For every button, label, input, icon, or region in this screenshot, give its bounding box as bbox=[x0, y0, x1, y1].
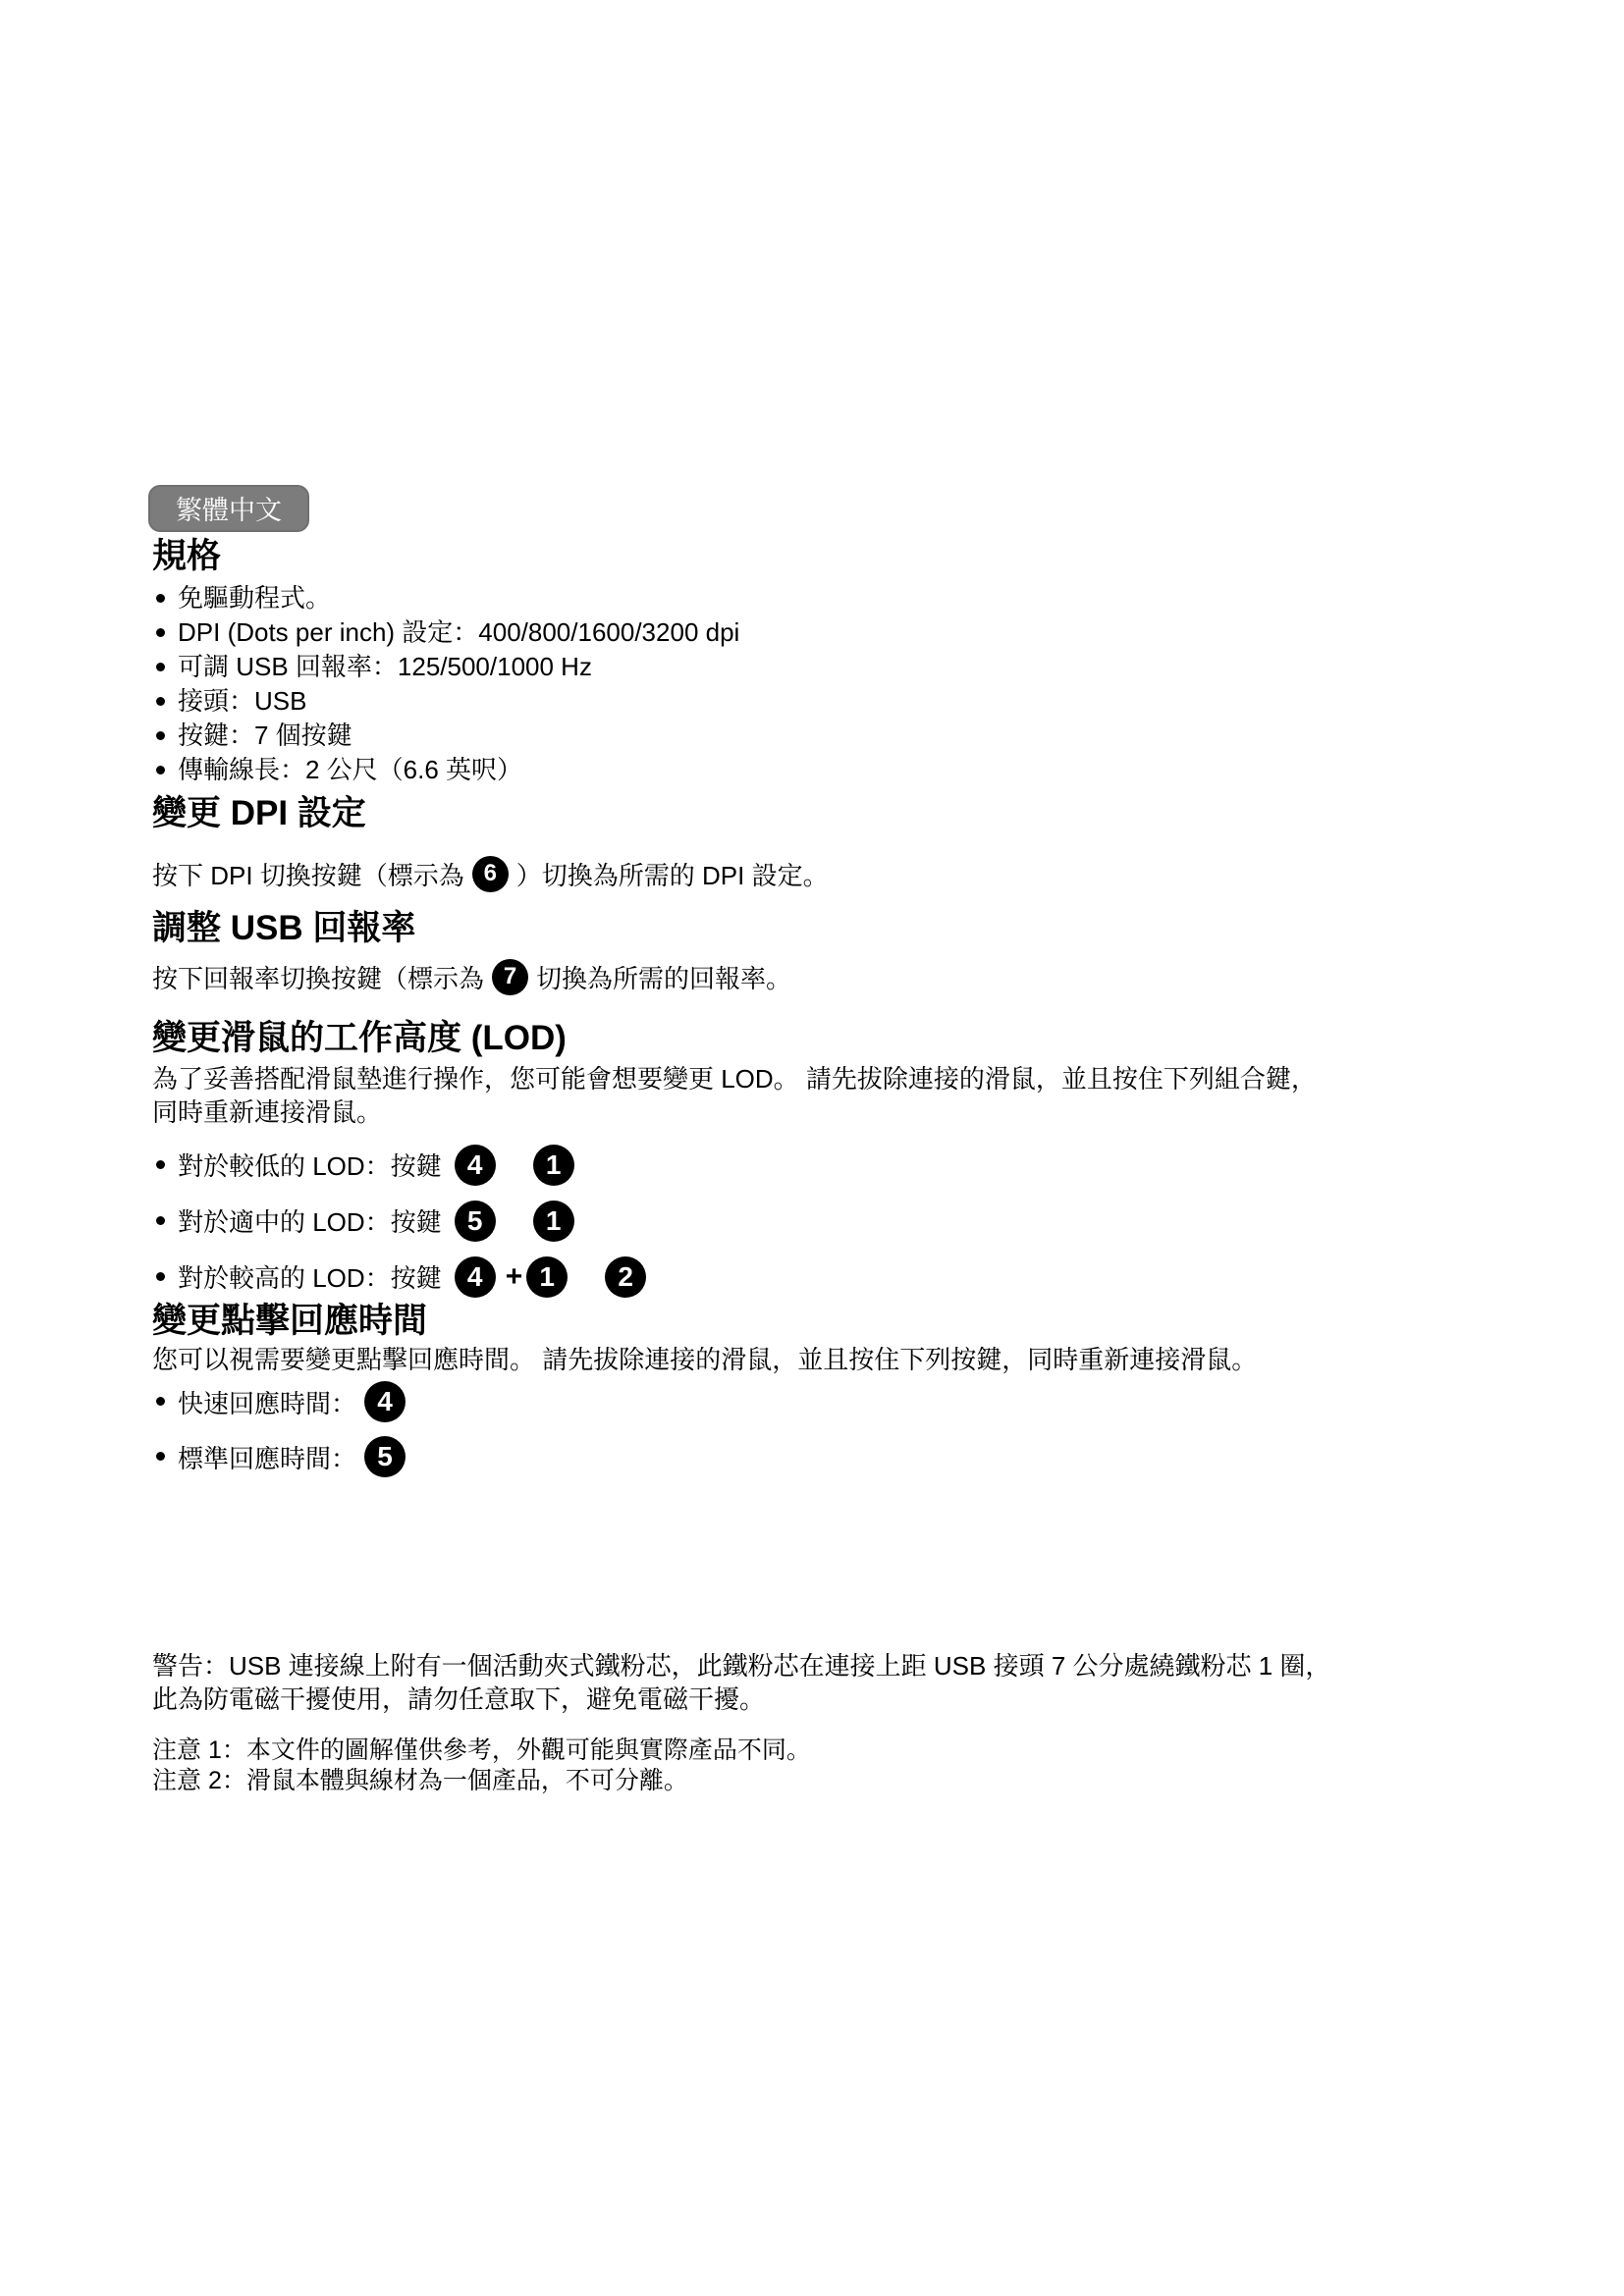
usb-section-title: 調整 USB 回報率 bbox=[152, 908, 415, 948]
spec-list: 免驅動程式。 DPI (Dots per inch) 設定：400/800/16… bbox=[154, 581, 739, 787]
circled-2-icon: 2 bbox=[605, 1256, 646, 1298]
spec-item-cable: 傳輸線長：2 公尺（6.6 英呎） bbox=[154, 753, 739, 787]
dpi-body-suffix: ）切換為所需的 DPI 設定。 bbox=[516, 856, 829, 892]
usb-body-prefix: 按下回報率切換按鍵（標示為 bbox=[152, 959, 484, 995]
lod-row-high-label: 對於較高的 LOD：按鍵 bbox=[178, 1258, 442, 1295]
lod-section-body: 為了妥善搭配滑鼠墊進行操作，您可能會想要變更 LOD。 請先拔除連接的滑鼠，並且… bbox=[152, 1062, 1317, 1129]
plus-sign: + bbox=[506, 1260, 523, 1294]
specs-title: 規格 bbox=[152, 536, 221, 576]
lod-row-high: 對於較高的 LOD：按鍵 4 + 1 2 bbox=[154, 1249, 646, 1305]
emi-warning: 警告：USB 連接線上附有一個活動夾式鐵粉芯，此鐵粉芯在連接上距 USB 接頭 … bbox=[152, 1649, 1330, 1716]
lod-row-medium: 對於適中的 LOD：按鍵 5 1 bbox=[154, 1193, 646, 1249]
circled-1-icon: 1 bbox=[533, 1145, 574, 1186]
response-row-standard: 標準回應時間： 5 bbox=[154, 1429, 406, 1484]
click-response-title: 變更點擊回應時間 bbox=[152, 1301, 427, 1341]
click-response-body: 您可以視需要變更點擊回應時間。 請先拔除連接的滑鼠，並且按住下列按鍵，同時重新連… bbox=[152, 1343, 1257, 1376]
language-badge: 繁體中文 bbox=[148, 485, 309, 532]
emi-warning-line1: 警告：USB 連接線上附有一個活動夾式鐵粉芯，此鐵粉芯在連接上距 USB 接頭 … bbox=[152, 1651, 1330, 1681]
lod-row-low-label: 對於較低的 LOD：按鍵 bbox=[178, 1147, 442, 1183]
spec-item-dpi: DPI (Dots per inch) 設定：400/800/1600/3200… bbox=[154, 615, 739, 650]
circled-4-icon: 4 bbox=[455, 1256, 496, 1298]
manual-page: 繁體中文 規格 免驅動程式。 DPI (Dots per inch) 設定：40… bbox=[0, 0, 1624, 2296]
footnotes: 注意 1：本文件的圖解僅供參考，外觀可能與實際產品不同。 注意 2：滑鼠本體與線… bbox=[152, 1735, 811, 1796]
usb-section-body: 按下回報率切換按鍵（標示為 7 切換為所需的回報率。 bbox=[152, 955, 791, 998]
spec-item-connector: 接頭：USB bbox=[154, 684, 739, 719]
spec-item-driverless: 免驅動程式。 bbox=[154, 581, 739, 615]
lod-body-line1: 為了妥善搭配滑鼠墊進行操作，您可能會想要變更 LOD。 請先拔除連接的滑鼠，並且… bbox=[152, 1064, 1317, 1094]
response-row-fast-label: 快速回應時間： bbox=[178, 1384, 356, 1420]
circled-5-icon: 5 bbox=[455, 1201, 496, 1242]
footnote-2: 注意 2：滑鼠本體與線材為一個產品，不可分離。 bbox=[152, 1767, 688, 1794]
lod-section-title: 變更滑鼠的工作高度 (LOD) bbox=[152, 1018, 567, 1058]
lod-row-low: 對於較低的 LOD：按鍵 4 1 bbox=[154, 1137, 646, 1193]
response-time-rows: 快速回應時間： 4 標準回應時間： 5 bbox=[154, 1374, 406, 1484]
circled-5-icon: 5 bbox=[364, 1436, 406, 1477]
circled-7-icon: 7 bbox=[492, 959, 528, 995]
dpi-section-body: 按下 DPI 切換按鍵（標示為 6 ）切換為所需的 DPI 設定。 bbox=[152, 852, 829, 895]
circled-4-icon: 4 bbox=[455, 1145, 496, 1186]
lod-row-medium-label: 對於適中的 LOD：按鍵 bbox=[178, 1202, 442, 1239]
usb-body-suffix: 切換為所需的回報率。 bbox=[536, 959, 791, 995]
circled-1-icon: 1 bbox=[526, 1256, 568, 1298]
circled-4-icon: 4 bbox=[364, 1381, 406, 1422]
lod-key-combos: 對於較低的 LOD：按鍵 4 1 對於適中的 LOD：按鍵 5 1 對於較高的 … bbox=[154, 1137, 646, 1305]
response-row-fast: 快速回應時間： 4 bbox=[154, 1374, 406, 1429]
footnote-1: 注意 1：本文件的圖解僅供參考，外觀可能與實際產品不同。 bbox=[152, 1736, 811, 1764]
circled-6-icon: 6 bbox=[472, 856, 509, 892]
dpi-body-prefix: 按下 DPI 切換按鍵（標示為 bbox=[152, 856, 464, 892]
spec-item-buttons: 按鍵：7 個按鍵 bbox=[154, 719, 739, 753]
emi-warning-line2: 此為防電磁干擾使用，請勿任意取下，避免電磁干擾。 bbox=[152, 1684, 765, 1714]
response-row-standard-label: 標準回應時間： bbox=[178, 1439, 356, 1475]
lod-body-line2: 同時重新連接滑鼠。 bbox=[152, 1097, 382, 1127]
spec-item-polling: 可調 USB 回報率：125/500/1000 Hz bbox=[154, 650, 739, 684]
dpi-section-title: 變更 DPI 設定 bbox=[152, 793, 366, 833]
circled-1-icon: 1 bbox=[533, 1201, 574, 1242]
